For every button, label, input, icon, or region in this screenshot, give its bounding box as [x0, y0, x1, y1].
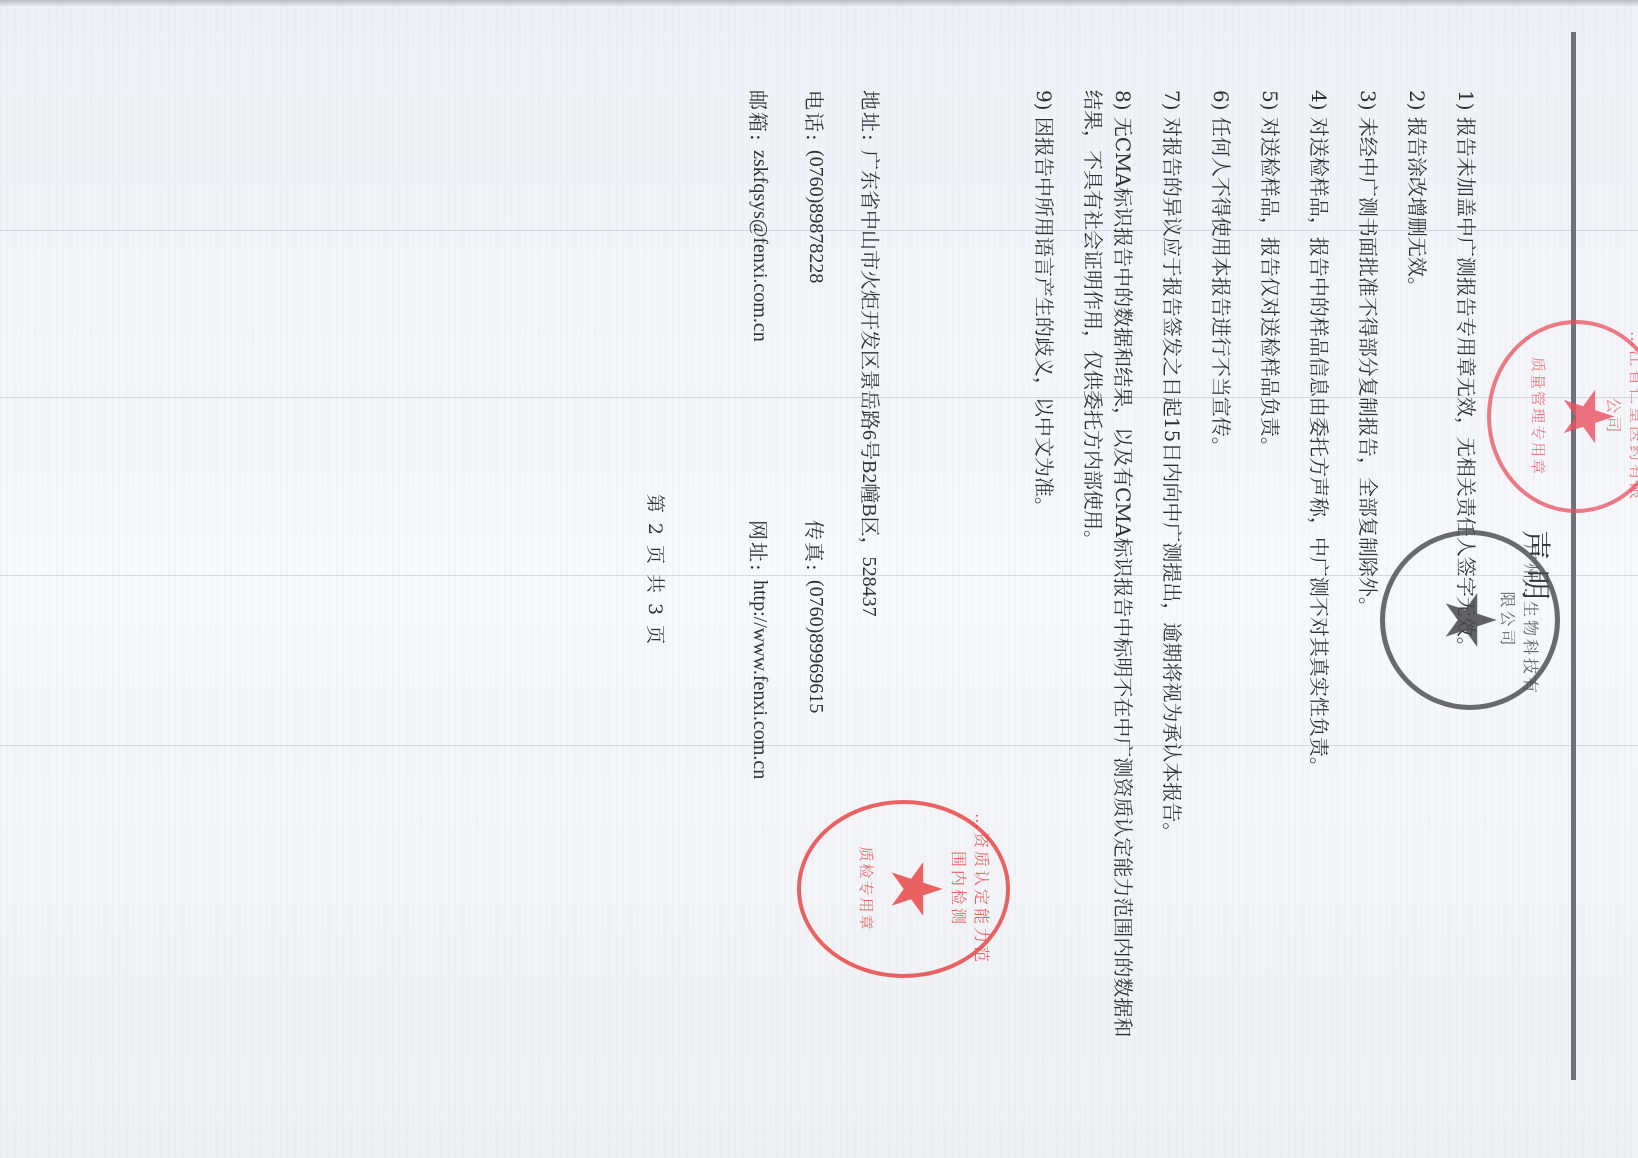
clause-item: 5) 对送检样品，报告仅对送检样品负责。 — [1245, 90, 1294, 1050]
stamp-inner-text: 质检专用章 — [856, 846, 877, 931]
stamp-arc-text: …江省仁皇医药有限公司 — [1603, 324, 1638, 509]
page-number: 第 2 页 共 3 页 — [643, 20, 670, 1120]
scan-edge — [0, 0, 1638, 6]
star-icon: ★ — [881, 858, 951, 921]
red-seal-stamp: …江省仁皇医药有限公司 ★ 质量管理专用章 — [1487, 320, 1638, 513]
address-value: 广东省中山市火炬开发区景岳路6号B2幢B区，528437 — [858, 150, 887, 617]
address-label: 地址: — [858, 90, 887, 150]
star-icon: ★ — [1435, 589, 1505, 652]
phone-label: 电话: — [802, 90, 831, 150]
stamp-arc-text: 广州…生物科技有限公司 — [1497, 535, 1543, 705]
rotated-document-page: 声明 1) 报告未加盖中广测报告专用章无效，无相关责任人签字无效。 2) 报告涂… — [300, 20, 1600, 1120]
clause-item: 8) 无CMA标识报告中的数据和结果，以及有CMA标识报告中标明不在中广测资质认… — [1078, 90, 1138, 1050]
clause-item: 6) 任何人不得使用本报告进行不当宣传。 — [1196, 90, 1245, 1050]
website-label: 网址: — [746, 520, 775, 580]
clause-item: 3) 未经中广测书面批准不得部分复制报告，全部复制除外。 — [1343, 90, 1392, 1050]
email-label: 邮箱: — [746, 90, 775, 150]
gray-seal-stamp: 广州…生物科技有限公司 ★ — [1380, 530, 1560, 710]
red-inspection-stamp: …资质认定能力范围内检测 ★ 质检专用章 — [797, 800, 1010, 978]
stamp-arc-text: …资质认定能力范围内检测 — [948, 804, 994, 974]
clause-item: 9) 因报告中所用语言产生的歧义，以中文为准。 — [1019, 90, 1068, 1050]
fax-label: 传真: — [802, 520, 831, 580]
website-value: http://www.fenxi.com.cn — [749, 580, 772, 950]
clause-item: 7) 对报告的异议应于报告签发之日起15日内向中广测提出，逾期将视为承认本报告。 — [1147, 90, 1196, 1050]
email-web-row: 邮箱: zskfqsys@fenxi.com.cn 网址: http://www… — [732, 90, 788, 1050]
phone-value: (0760)89878228 — [805, 150, 828, 520]
email-value: zskfqsys@fenxi.com.cn — [749, 150, 772, 520]
stamp-inner-text: 质量管理专用章 — [1529, 357, 1550, 476]
clause-item: 4) 对送检样品，报告中的样品信息由委托方声称，中广测不对其真实性负责。 — [1294, 90, 1343, 1050]
